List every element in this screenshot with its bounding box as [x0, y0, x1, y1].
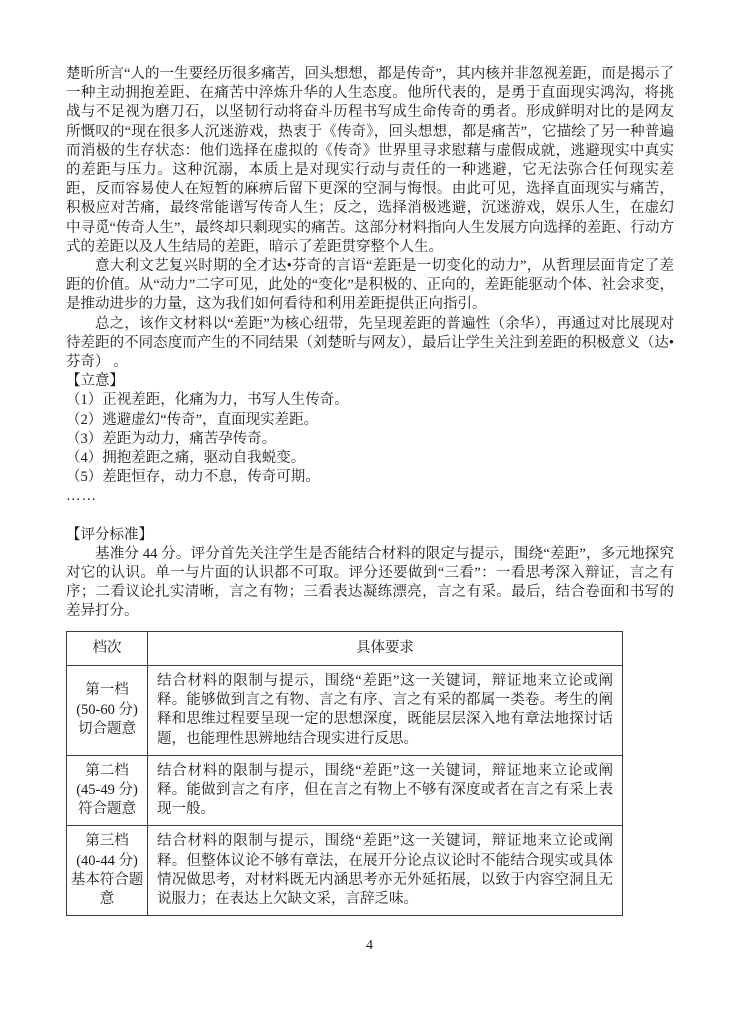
grade-score-range: (45-49 分) [69, 781, 145, 800]
intent-item-5: （5）差距恒存，动力不息，传奇可期。 [66, 468, 674, 487]
grade-cell-tier-1: 第一档 (50-60 分) 切合题意 [67, 665, 148, 755]
scoring-intro-paragraph: 基准分 44 分。评分首先关注学生是否能结合材料的限定与提示，围绕“差距”，多元… [66, 545, 674, 622]
analysis-paragraph-1: 楚昕所言“人的一生要经历很多痛苦，回头想想，都是传奇”，其内核并非忽视差距，而是… [66, 65, 674, 257]
scoring-rubric-table: 档次 具体要求 第一档 (50-60 分) 切合题意 结合材料的限制与提示，围绕… [66, 631, 623, 916]
intent-item-3: （3）差距为动力，痛苦孕传奇。 [66, 430, 674, 449]
table-header-grade: 档次 [67, 631, 148, 665]
requirement-cell-tier-3: 结合材料的限制与提示，围绕“差距”这一关键词，辩证地来立论或阐释。但整体议论不够… [148, 826, 623, 916]
grade-cell-tier-3: 第三档 (40-44 分) 基本符合题意 [67, 826, 148, 916]
requirement-cell-tier-2: 结合材料的限制与提示，围绕“差距”这一关键词，辩证地来立论或阐释。能做到言之有序… [148, 755, 623, 826]
grade-fit-label: 切合题意 [69, 720, 145, 739]
grade-tier-name: 第一档 [69, 681, 145, 700]
intent-section-heading: 【立意】 [66, 372, 674, 391]
grade-score-range: (40-44 分) [69, 852, 145, 871]
grade-score-range: (50-60 分) [69, 701, 145, 720]
grade-fit-label: 符合题意 [69, 800, 145, 819]
scoring-section-heading: 【评分标准】 [66, 526, 674, 545]
table-row-tier-3: 第三档 (40-44 分) 基本符合题意 结合材料的限制与提示，围绕“差距”这一… [67, 826, 623, 916]
grade-tier-name: 第二档 [69, 762, 145, 781]
document-page: 楚昕所言“人的一生要经历很多痛苦，回头想想，都是传奇”，其内核并非忽视差距，而是… [0, 0, 739, 1024]
table-row-tier-2: 第二档 (45-49 分) 符合题意 结合材料的限制与提示，围绕“差距”这一关键… [67, 755, 623, 826]
page-number: 4 [0, 938, 739, 954]
table-row-tier-1: 第一档 (50-60 分) 切合题意 结合材料的限制与提示，围绕“差距”这一关键… [67, 665, 623, 755]
intent-item-2: （2）逃避虚幻“传奇”，直面现实差距。 [66, 411, 674, 430]
grade-cell-tier-2: 第二档 (45-49 分) 符合题意 [67, 755, 148, 826]
intent-item-1: （1）正视差距，化痛为力，书写人生传奇。 [66, 391, 674, 410]
intent-ellipsis: …… [66, 487, 674, 506]
intent-item-4: （4）拥抱差距之痛，驱动自我蜕变。 [66, 449, 674, 468]
table-header-row: 档次 具体要求 [67, 631, 623, 665]
grade-fit-label: 基本符合题意 [69, 871, 145, 909]
main-text-block: 楚昕所言“人的一生要经历很多痛苦，回头想想，都是传奇”，其内核并非忽视差距，而是… [66, 65, 674, 916]
requirement-cell-tier-1: 结合材料的限制与提示，围绕“差距”这一关键词，辩证地来立论或阐释。能够做到言之有… [148, 665, 623, 755]
analysis-paragraph-3: 总之，该作文材料以“差距”为核心纽带，先呈现差距的普遍性（余华），再通过对比展现… [66, 315, 674, 373]
analysis-paragraph-2: 意大利文艺复兴时期的全才达•芬奇的言语“差距是一切变化的动力”，从哲理层面肯定了… [66, 257, 674, 315]
table-header-requirement: 具体要求 [148, 631, 623, 665]
grade-tier-name: 第三档 [69, 832, 145, 851]
